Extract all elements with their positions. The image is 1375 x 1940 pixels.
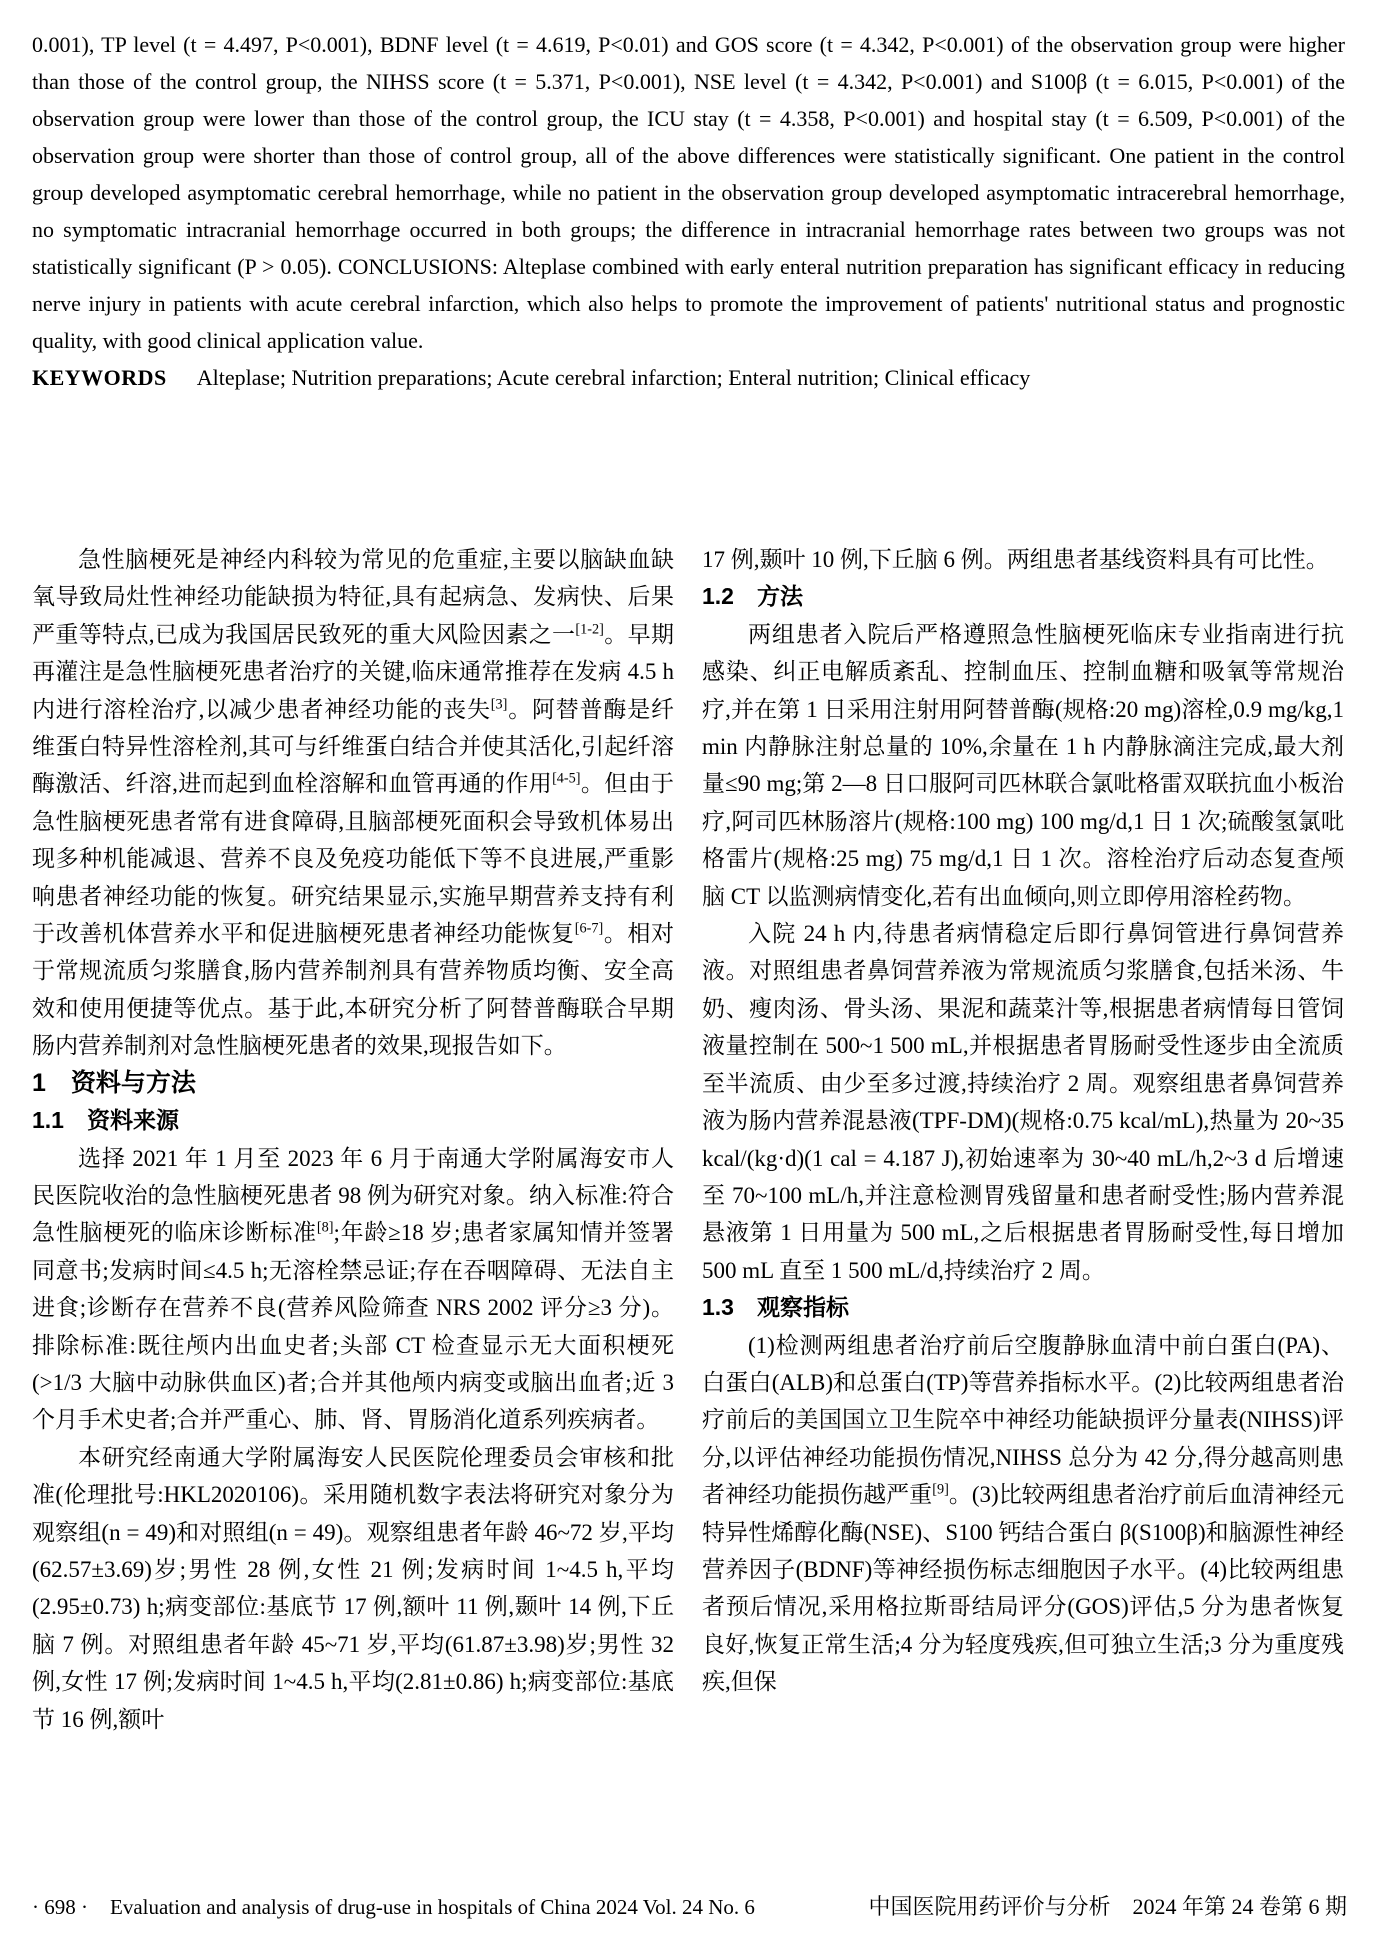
- keywords-text: Alteplase; Nutrition preparations; Acute…: [197, 365, 1030, 390]
- keywords-line: KEYWORDSAlteplase; Nutrition preparation…: [32, 359, 1345, 396]
- body-paragraph: 选择 2021 年 1 月至 2023 年 6 月于南通大学附属海安市人民医院收…: [32, 1140, 674, 1439]
- body-paragraph: (1)检测两组患者治疗前后空腹静脉血清中前白蛋白(PA)、白蛋白(ALB)和总蛋…: [702, 1327, 1344, 1701]
- body-paragraph: 急性脑梗死是神经内科较为常见的危重症,主要以脑缺血缺氧导致局灶性神经功能缺损为特…: [32, 541, 674, 1065]
- body-paragraph: 两组患者入院后严格遵照急性脑梗死临床专业指南进行抗感染、纠正电解质紊乱、控制血压…: [702, 616, 1344, 915]
- journal-name-zh: 中国医院用药评价与分析 2024 年第 24 卷第 6 期: [868, 1890, 1347, 1921]
- section-heading: 1.1 资料来源: [32, 1102, 674, 1139]
- journal-name-en: Evaluation and analysis of drug-use in h…: [110, 1895, 755, 1920]
- footer-left: · 698 · Evaluation and analysis of drug-…: [32, 1895, 755, 1920]
- body-paragraph: 17 例,颞叶 10 例,下丘脑 6 例。两组患者基线资料具有可比性。: [702, 541, 1344, 578]
- right-column: 17 例,颞叶 10 例,下丘脑 6 例。两组患者基线资料具有可比性。1.2 方…: [702, 541, 1344, 1701]
- body-paragraph: 入院 24 h 内,待患者病情稳定后即行鼻饲管进行鼻饲营养液。对照组患者鼻饲营养…: [702, 915, 1344, 1289]
- page-footer: · 698 · Evaluation and analysis of drug-…: [32, 1890, 1347, 1921]
- left-column: 急性脑梗死是神经内科较为常见的危重症,主要以脑缺血缺氧导致局灶性神经功能缺损为特…: [32, 541, 674, 1738]
- section-heading: 1 资料与方法: [32, 1065, 674, 1102]
- paper-page: 0.001), TP level (t = 4.497, P<0.001), B…: [0, 0, 1375, 1940]
- page-number: · 698 ·: [32, 1895, 88, 1920]
- abstract-continued-text: 0.001), TP level (t = 4.497, P<0.001), B…: [32, 26, 1345, 359]
- section-heading: 1.3 观察指标: [702, 1289, 1344, 1326]
- section-heading: 1.2 方法: [702, 578, 1344, 615]
- abstract-section: 0.001), TP level (t = 4.497, P<0.001), B…: [32, 26, 1345, 396]
- body-paragraph: 本研究经南通大学附属海安人民医院伦理委员会审核和批准(伦理批号:HKL20201…: [32, 1439, 674, 1738]
- keywords-label: KEYWORDS: [32, 365, 167, 390]
